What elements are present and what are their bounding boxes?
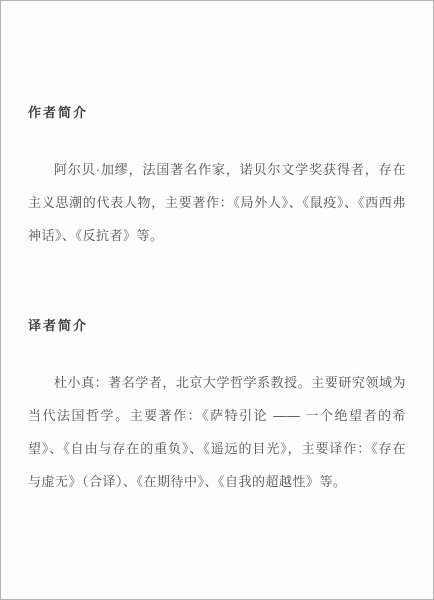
author-bio-paragraph: 阿尔贝·加缪，法国著名作家，诺贝尔文学奖获得者，存在主义思潮的代表人物，主要著作… [28, 153, 406, 252]
page-content: 作者简介 阿尔贝·加缪，法国著名作家，诺贝尔文学奖获得者，存在主义思潮的代表人物… [1, 105, 433, 498]
translator-bio-paragraph: 杜小真：著名学者，北京大学哲学系教授。主要研究领域为当代法国哲学。主要著作：《萨… [28, 366, 406, 498]
book-page: 作者简介 阿尔贝·加缪，法国著名作家，诺贝尔文学奖获得者，存在主义思潮的代表人物… [0, 0, 434, 600]
translator-section-heading: 译者简介 [28, 318, 406, 334]
author-section-heading: 作者简介 [28, 105, 406, 121]
